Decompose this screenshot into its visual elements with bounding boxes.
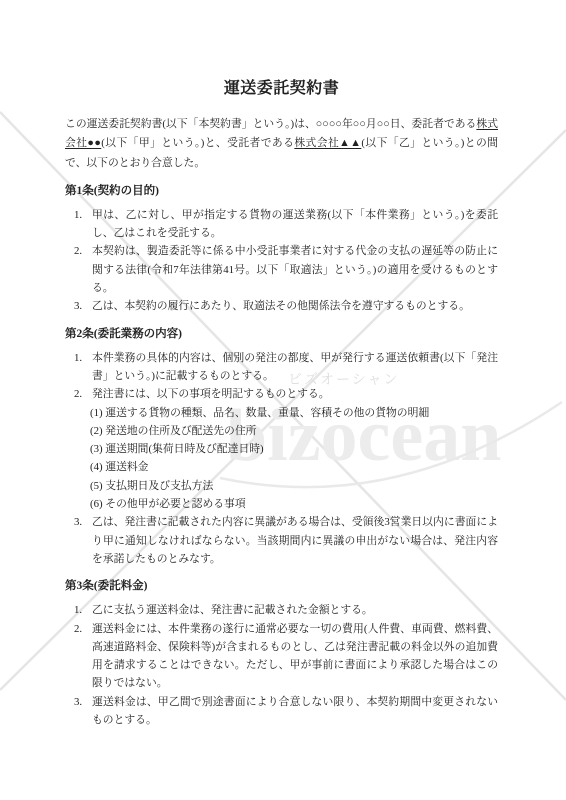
item-number: 2. xyxy=(74,385,92,403)
item-text: 本件業務の具体的内容は、個別の発注の都度、甲が発行する運送依頼書(以下「発注書」… xyxy=(92,349,498,386)
article-item: 2.発注書には、以下の事項を明記するものとする。 xyxy=(65,385,498,403)
article: 第3条(委託料金)1.乙に支払う運送料金は、発注書に記載された金額とする。2.運… xyxy=(65,579,498,729)
article-subitem: (2) 発送地の住所及び配送先の住所 xyxy=(90,422,498,440)
article-subitem: (1) 運送する貨物の種類、品名、数量、重量、容積その他の貨物の明細 xyxy=(90,404,498,422)
document-content: 運送委託契約書 この運送委託契約書(以下「本契約書」という。)は、○○○○年○○… xyxy=(0,0,566,729)
item-number: 1. xyxy=(74,206,92,243)
item-text: 運送料金は、甲乙間で別途書面により合意しない限り、本契約期間中変更されないものと… xyxy=(92,693,498,730)
item-number: 3. xyxy=(74,513,92,568)
article-heading: 第2条(委託業務の内容) xyxy=(65,327,498,342)
item-text: 乙は、発注書に記載された内容に異議がある場合は、受領後3営業日以内に書面により甲… xyxy=(92,513,498,568)
articles-container: 第1条(契約の目的)1.甲は、乙に対し、甲が指定する貨物の運送業務(以下「本件業… xyxy=(65,184,498,729)
article-item: 1.本件業務の具体的内容は、個別の発注の都度、甲が発行する運送依頼書(以下「発注… xyxy=(65,349,498,386)
article-heading: 第1条(契約の目的) xyxy=(65,184,498,199)
article-heading: 第3条(委託料金) xyxy=(65,579,498,594)
intro-underlined-party: 株式会社▲▲ xyxy=(294,137,361,149)
article: 第2条(委託業務の内容)1.本件業務の具体的内容は、個別の発注の都度、甲が発行す… xyxy=(65,327,498,569)
item-number: 1. xyxy=(74,601,92,619)
item-number: 1. xyxy=(74,349,92,386)
item-number: 3. xyxy=(74,297,92,315)
intro-paragraph: この運送委託契約書(以下「本契約書」という。)は、○○○○年○○月○○日、委託者… xyxy=(65,115,498,173)
article: 第1条(契約の目的)1.甲は、乙に対し、甲が指定する貨物の運送業務(以下「本件業… xyxy=(65,184,498,316)
item-text: 甲は、乙に対し、甲が指定する貨物の運送業務(以下「本件業務」という。)を委託し、… xyxy=(92,206,498,243)
article-item: 3.運送料金は、甲乙間で別途書面により合意しない限り、本契約期間中変更されないも… xyxy=(65,693,498,730)
document-page: ビズオーシャン bizocean 運送委託契約書 この運送委託契約書(以下「本契… xyxy=(0,0,566,800)
article-item: 3.乙は、発注書に記載された内容に異議がある場合は、受領後3営業日以内に書面によ… xyxy=(65,513,498,568)
item-text: 運送料金には、本件業務の遂行に通常必要な一切の費用(人件費、車両費、燃料費、高速… xyxy=(92,620,498,693)
article-subitem: (5) 支払期日及び支払方法 xyxy=(90,477,498,495)
intro-segment: この運送委託契約書(以下「本契約書」という。)は、○○○○年○○月○○日、委託者… xyxy=(65,118,476,130)
item-text: 本契約は、製造委託等に係る中小受託事業者に対する代金の支払の遅延等の防止に関する… xyxy=(92,242,498,297)
item-text: 乙は、本契約の履行にあたり、取適法その他関係法令を遵守するものとする。 xyxy=(92,297,498,315)
article-item: 1.乙に支払う運送料金は、発注書に記載された金額とする。 xyxy=(65,601,498,619)
article-subitem: (4) 運送料金 xyxy=(90,458,498,476)
item-text: 乙に支払う運送料金は、発注書に記載された金額とする。 xyxy=(92,601,498,619)
article-subitem: (3) 運送期間(集荷日時及び配達日時) xyxy=(90,440,498,458)
article-item: 3.乙は、本契約の履行にあたり、取適法その他関係法令を遵守するものとする。 xyxy=(65,297,498,315)
item-number: 3. xyxy=(74,693,92,730)
article-subitem: (6) その他甲が必要と認める事項 xyxy=(90,495,498,513)
page-title: 運送委託契約書 xyxy=(65,78,498,100)
article-item: 1.甲は、乙に対し、甲が指定する貨物の運送業務(以下「本件業務」という。)を委託… xyxy=(65,206,498,243)
item-number: 2. xyxy=(74,620,92,693)
item-number: 2. xyxy=(74,242,92,297)
intro-segment: (以下「甲」という。)と、受託者である xyxy=(101,137,294,149)
article-item: 2.本契約は、製造委託等に係る中小受託事業者に対する代金の支払の遅延等の防止に関… xyxy=(65,242,498,297)
item-text: 発注書には、以下の事項を明記するものとする。 xyxy=(92,385,498,403)
article-item: 2.運送料金には、本件業務の遂行に通常必要な一切の費用(人件費、車両費、燃料費、… xyxy=(65,620,498,693)
